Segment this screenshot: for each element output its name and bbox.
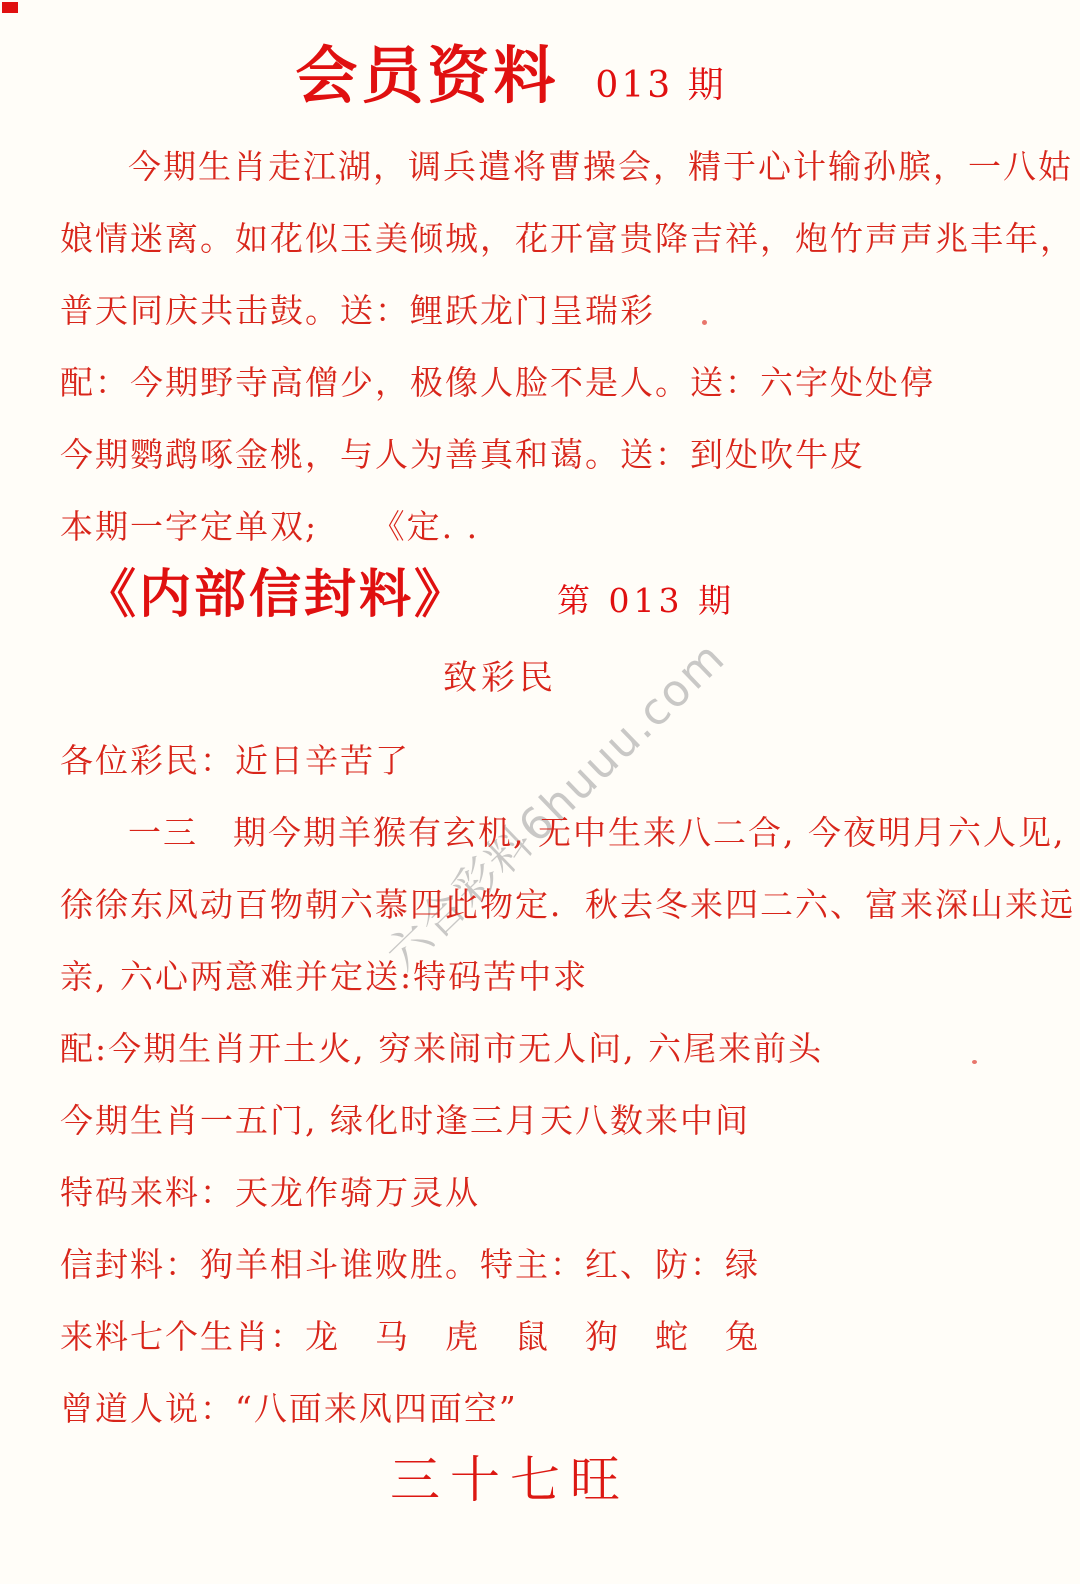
issue-number: 013 期: [595, 57, 726, 108]
envelope-letter-section: 各位彩民：近日辛苦了 一三 期今期羊猴有玄机, 无中生来八二合, 今夜明月六人见…: [0, 722, 1080, 1442]
member-info-section: 今期生肖走江湖，调兵遣将曹操会，精于心计输孙膑，一八姑 娘情迷离。如花似玉美倾城…: [0, 128, 1080, 560]
paragraph-line: 普天同庆共击鼓。送：鲤跃龙门呈瑞彩: [0, 272, 1080, 344]
paragraph-line: 本期一字定单双; 《定. .: [0, 488, 1080, 560]
paragraph-line: 配:今期生肖开土火, 穷来闹市无人问, 六尾来前头: [0, 1010, 1080, 1082]
paragraph-line: 配：今期野寺高僧少，极像人脸不是人。送：六字处处停: [0, 344, 1080, 416]
paragraph-line: 一三 期今期羊猴有玄机, 无中生来八二合, 今夜明月六人见,: [0, 794, 1080, 866]
title-row: 会员资料 013 期: [0, 26, 1080, 115]
paragraph-line: 亲, 六心两意难并定送:特码苦中求: [0, 938, 1080, 1010]
paragraph-line: 娘情迷离。如花似玉美倾城，花开富贵降吉祥，炮竹声声兆丰年，: [0, 200, 1080, 272]
lottery-tip-sheet-page: 六合彩料6huuu.com 会员资料 013 期 今期生肖走江湖，调兵遣将曹操会…: [0, 0, 1080, 1584]
paragraph-line: 特码来料：天龙作骑万灵从: [0, 1154, 1080, 1226]
envelope-heading-row: 《内部信封料》 第 013 期: [84, 552, 735, 627]
envelope-section-title: 《内部信封料》: [84, 552, 469, 627]
scan-artifact-corner-mark: [2, 2, 18, 13]
salutation: 致彩民: [0, 650, 1080, 699]
paragraph-line: 今期鹦鹉啄金桃，与人为善真和蔼。送：到处吹牛皮: [0, 416, 1080, 488]
paragraph-line: 今期生肖一五门, 绿化时逢三月天八数来中间: [0, 1082, 1080, 1154]
paragraph-line: 来料七个生肖：龙 马 虎 鼠 狗 蛇 兔: [0, 1298, 1080, 1370]
paragraph-line: 今期生肖走江湖，调兵遣将曹操会，精于心计输孙膑，一八姑: [0, 128, 1080, 200]
paragraph-line: 各位彩民：近日辛苦了: [0, 722, 1080, 794]
paragraph-line: 徐徐东风动百物朝六慕四此物定．秋去冬来四二六、富来深山来远: [0, 866, 1080, 938]
envelope-issue-number: 第 013 期: [557, 575, 735, 622]
paragraph-line: 曾道人说：“八面来风四面空”: [0, 1370, 1080, 1442]
paragraph-line: 信封料：狗羊相斗谁败胜。特主：红、防：绿: [0, 1226, 1080, 1298]
page-title: 会员资料: [295, 26, 559, 115]
footer-verdict: 三十七旺: [0, 1440, 1080, 1512]
